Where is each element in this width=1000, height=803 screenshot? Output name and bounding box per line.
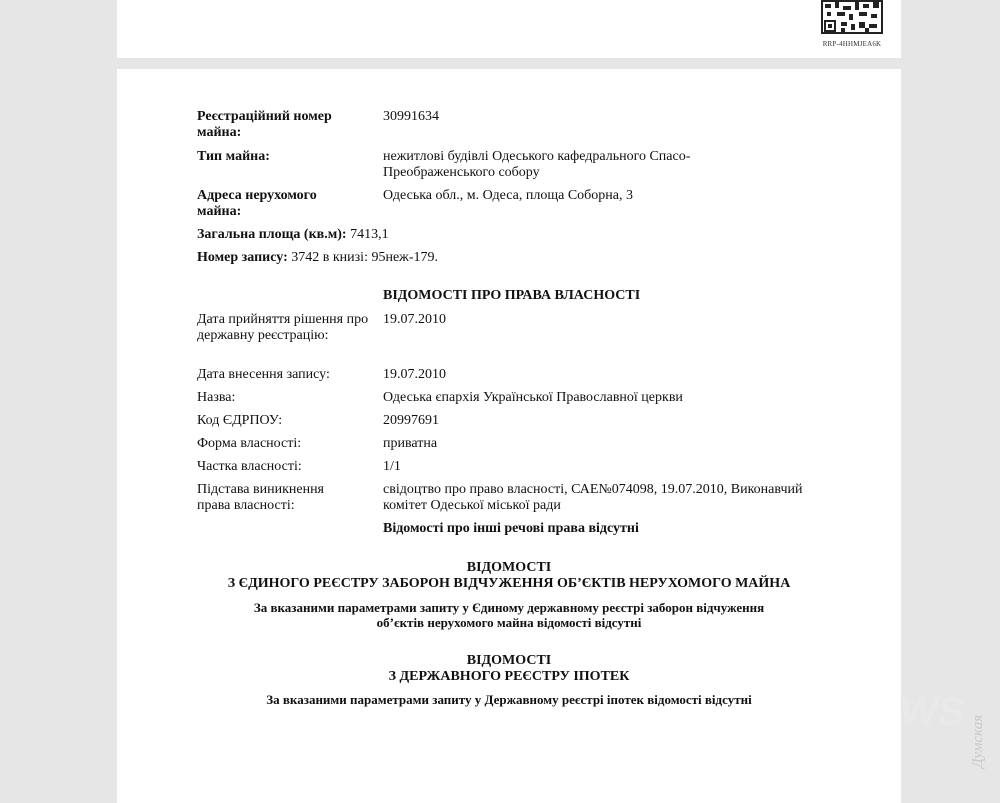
type-label: Тип майна: xyxy=(197,149,377,165)
qr-code-icon xyxy=(819,0,885,36)
watermark-logo: WS xyxy=(900,690,964,735)
record-value: 3742 xyxy=(291,250,319,265)
bans-title-line1: ВІДОМОСТІ xyxy=(117,559,901,576)
field-value: 1/1 xyxy=(383,459,803,475)
field-label: Підстава виникнення права власності: xyxy=(197,482,357,514)
qr-code-id: RRP-4HHMJEA6K xyxy=(807,40,897,48)
area-value: 7413,1 xyxy=(350,227,389,242)
area-label: Загальна площа (кв.м): xyxy=(197,227,347,242)
mortgages-title-line1: ВІДОМОСТІ xyxy=(117,652,901,669)
field-value: 20997691 xyxy=(383,413,803,429)
field-label: Частка власності: xyxy=(197,459,377,475)
ownership-title: ВІДОМОСТІ ПРО ПРАВА ВЛАСНОСТІ xyxy=(383,288,640,304)
watermark-site-name: Думская xyxy=(970,680,1000,803)
reg-number-label: Реєстраційний номер майна: xyxy=(197,109,367,141)
field-value: 19.07.2010 xyxy=(383,312,803,328)
record-label: Номер запису: xyxy=(197,250,288,265)
reg-number-value: 30991634 xyxy=(383,109,803,125)
document-page: Реєстраційний номер майна: 30991634 Тип … xyxy=(117,69,901,803)
book-label: в книзі: xyxy=(323,250,368,265)
type-value: нежитлові будівлі Одеського кафедральног… xyxy=(383,149,703,181)
field-value: приватна xyxy=(383,436,803,452)
field-value: 19.07.2010 xyxy=(383,367,803,383)
area-row: Загальна площа (кв.м): 7413,1 xyxy=(197,227,389,243)
mortgages-title-line2: З ДЕРЖАВНОГО РЕЄСТРУ ІПОТЕК xyxy=(117,668,901,685)
other-rights-note: Відомості про інші речові права відсутні xyxy=(383,521,639,537)
address-value: Одеська обл., м. Одеса, площа Соборна, 3 xyxy=(383,188,803,204)
field-label: Назва: xyxy=(197,390,377,406)
document-page-top: RRP-4HHMJEA6K xyxy=(117,0,901,58)
record-row: Номер запису: 3742 в книзі: 95неж-179. xyxy=(197,250,438,266)
field-label: Код ЄДРПОУ: xyxy=(197,413,377,429)
field-label: Дата внесення запису: xyxy=(197,367,377,383)
mortgages-text: За вказаними параметрами запиту у Держав… xyxy=(117,691,901,708)
address-label: Адреса нерухомого майна: xyxy=(197,188,347,220)
bans-title-line2: З ЄДИНОГО РЕЄСТРУ ЗАБОРОН ВІДЧУЖЕННЯ ОБ’… xyxy=(117,575,901,592)
bans-text-line2: об’єктів нерухомого майна відомості відс… xyxy=(117,614,901,631)
field-value: Одеська єпархія Української Православної… xyxy=(383,390,843,406)
book-value: 95неж-179. xyxy=(371,250,438,265)
field-value: свідоцтво про право власності, САЕ№07409… xyxy=(383,482,803,514)
field-label: Дата прийняття рішення про державну реєс… xyxy=(197,312,372,344)
field-label: Форма власності: xyxy=(197,436,377,452)
